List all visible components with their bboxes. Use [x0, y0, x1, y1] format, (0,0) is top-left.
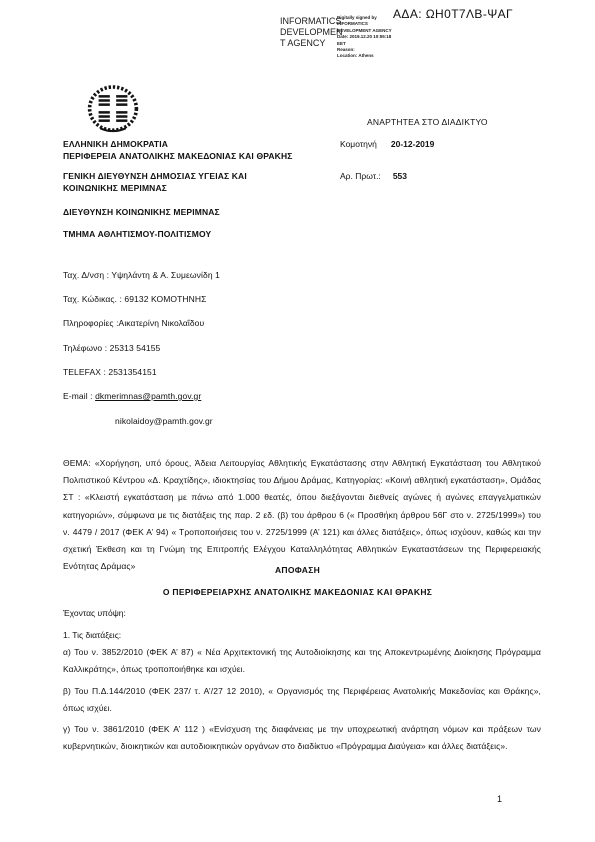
protocol-label: Αρ. Πρωτ.:	[340, 171, 381, 181]
subject-paragraph: ΘΕΜΑ: «Χορήγηση, υπό όρους, Άδεια Λειτου…	[63, 455, 541, 575]
decision-item-1: 1. Τις διατάξεις:	[63, 630, 121, 640]
signature-agency-name: INFORMATICS DEVELOPMEN T AGENCY	[280, 16, 336, 49]
header-general-directorate-line1: ΓΕΝΙΚΗ ΔΙΕΥΘΥΝΣΗ ΔΗΜΟΣΙΑΣ ΥΓΕΙΑΣ ΚΑΙ	[63, 171, 247, 181]
postal-code-line: Ταχ. Κώδικας. : 69132 ΚΟΜΟΤΗΝΗΣ	[63, 294, 206, 304]
header-department: ΤΜΗΜΑ ΑΘΛΗΤΙΣΜΟΥ-ΠΟΛΙΤΙΣΜΟΥ	[63, 229, 211, 239]
greek-emblem-icon	[86, 83, 140, 141]
header-region: ΠΕΡΙΦΕΡΕΙΑ ΑΝΑΤΟΛΙΚΗΣ ΜΑΚΕΔΟΝΙΑΣ ΚΑΙ ΘΡΑ…	[63, 151, 293, 161]
city-date-line: Κομοτηνή20-12-2019	[340, 139, 434, 149]
decision-intro: Έχοντας υπόψη:	[63, 608, 126, 618]
protocol-line: Αρ. Πρωτ.:553	[340, 171, 407, 181]
signature-agency-line: DEVELOPMEN	[280, 27, 336, 38]
signature-detail-line: Date: 2019.12.20 10:55:18	[337, 34, 399, 40]
email-secondary: nikolaidoy@pamth.gov.gr	[115, 416, 213, 426]
header-general-directorate-line2: ΚΟΙΝΩΝΙΚΗΣ ΜΕΡΙΜΝΑΣ	[63, 183, 167, 193]
postal-address-line: Ταχ. Δ/νση : Υψηλάντη & Α. Συμεωνίδη 1	[63, 270, 220, 280]
provision-paragraph-c: γ) Του ν. 3861/2010 (ΦΕΚ Α’ 112 ) «Ενίσχ…	[63, 721, 541, 755]
page-number: 1	[497, 794, 502, 804]
signature-agency-line: INFORMATICS	[280, 16, 336, 27]
decision-heading: ΑΠΟΦΑΣΗ	[0, 565, 595, 575]
email-primary-link[interactable]: dkmerimnas@pamth.gov.gr	[95, 391, 201, 401]
signature-agency-line: T AGENCY	[280, 38, 336, 49]
email-line: E-mail : dkmerimnas@pamth.gov.gr	[63, 391, 201, 401]
phone-line: Τηλέφωνο : 25313 54155	[63, 343, 160, 353]
fax-line: TELEFAX : 2531354151	[63, 367, 157, 377]
city-label: Κομοτηνή	[340, 139, 377, 149]
anartitea-label: ΑΝΑΡΤΗΤΕΑ ΣΤΟ ΔΙΑΔΙΚΤΥΟ	[367, 117, 488, 127]
provision-paragraph-a: α) Του ν. 3852/2010 (ΦΕΚ Α’ 87) « Νέα Αρ…	[63, 644, 541, 678]
document-date: 20-12-2019	[391, 139, 434, 149]
header-republic: ΕΛΛΗΝΙΚΗ ΔΗΜΟΚΡΑΤΙΑ	[63, 139, 168, 149]
header-directorate: ΔΙΕΥΘΥΝΣΗ ΚΟΙΝΩΝΙΚΗΣ ΜΕΡΙΜΝΑΣ	[63, 207, 220, 217]
decision-authority: Ο ΠΕΡΙΦΕΡΕΙΑΡΧΗΣ ΑΝΑΤΟΛΙΚΗΣ ΜΑΚΕΔΟΝΙΑΣ Κ…	[0, 587, 595, 597]
document-page: ΑΔΑ: ΩΗ0Τ7ΛΒ-ΨΑΓ INFORMATICS DEVELOPMEN …	[0, 0, 595, 842]
ada-code: ΑΔΑ: ΩΗ0Τ7ΛΒ-ΨΑΓ	[393, 7, 513, 21]
signature-details: Digitally signed by INFORMATICS DEVELOPM…	[337, 15, 399, 60]
contact-person-line: Πληροφορίες :Αικατερίνη Νικολαΐδου	[63, 318, 204, 328]
signature-detail-line: Location: Athens	[337, 53, 399, 59]
protocol-number: 553	[393, 171, 407, 181]
provision-paragraph-b: β) Του Π.Δ.144/2010 (ΦΕΚ 237/ τ. Α’/27 1…	[63, 683, 541, 717]
email-label: E-mail :	[63, 391, 95, 401]
